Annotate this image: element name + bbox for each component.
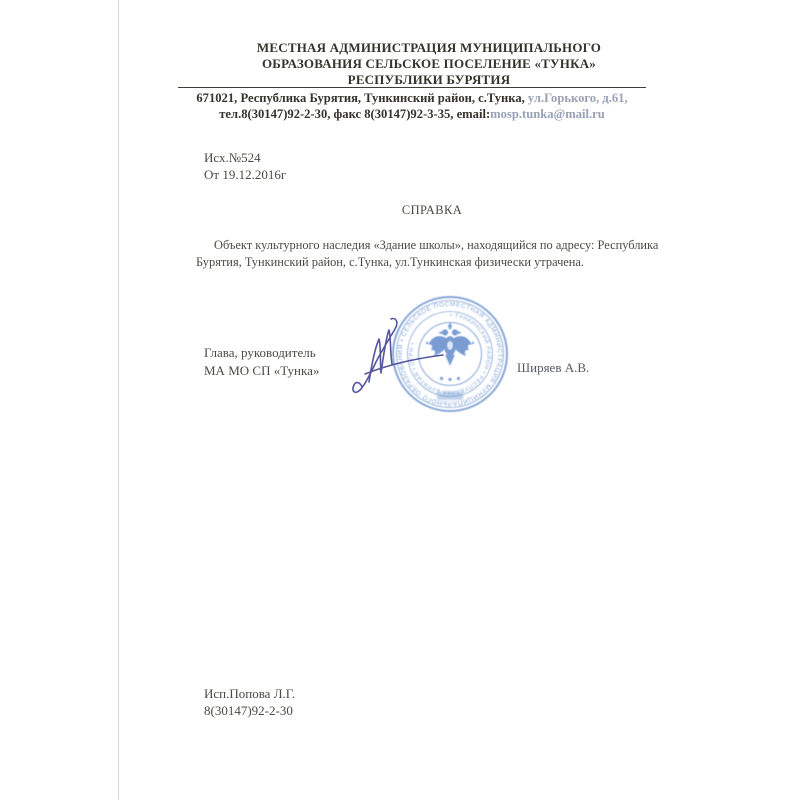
seal-outer-ring — [393, 297, 507, 411]
body-paragraph: Объект культурного наследия «Здание школ… — [196, 237, 658, 270]
double-headed-eagle-icon — [426, 322, 474, 365]
org-header: МЕСТНАЯ АДМИНИСТРАЦИЯ МУНИЦИПАЛЬНОГО ОБР… — [196, 40, 662, 88]
org-name-line3: РЕСПУБЛИКИ БУРЯТИЯ — [196, 72, 662, 88]
executor-phone: 8(30147)92-2-30 — [204, 703, 295, 720]
seal-inner-ring-text: • ТУНКИНСКИЙ РАЙОН • РЕСПУБЛИКА БУРЯТИЯ … — [409, 313, 493, 395]
header-underline — [178, 87, 646, 88]
outgoing-date: От 19.12.2016г — [204, 166, 286, 183]
address-line1-faded: ул.Горького, д.61, — [525, 91, 628, 105]
document-title: СПРАВКА — [206, 203, 658, 218]
address-line1-main: 671021, Республика Бурятия, Тункинский р… — [196, 91, 524, 105]
org-address: 671021, Республика Бурятия, Тункинский р… — [178, 90, 646, 122]
scan-edge-line — [118, 0, 119, 800]
org-address-line2: тел.8(30147)92-2-30, факс 8(30147)92-3-3… — [178, 106, 646, 122]
seal-middle-ring — [408, 312, 493, 397]
handwritten-signature — [353, 319, 443, 393]
address-line2-faded: mosp.tunka@mail.ru — [490, 107, 605, 121]
signatory-post-line1: Глава, руководитель — [204, 344, 319, 362]
body-line1: Объект культурного наследия «Здание школ… — [196, 237, 658, 254]
executor-name: Исп.Попова Л.Г. — [204, 686, 295, 703]
org-address-line1: 671021, Республика Бурятия, Тункинский р… — [178, 90, 646, 106]
body-line2: Бурятия, Тункинский район, с.Тунка, ул.Т… — [196, 254, 658, 271]
scanned-document-page: { "document": { "header": { "org_line1":… — [0, 0, 800, 800]
outgoing-number: Исх.№524 — [204, 149, 286, 166]
signatory-post: Глава, руководитель МА МО СП «Тунка» — [204, 344, 319, 379]
seal-bottom-marks — [437, 376, 463, 400]
signatory-post-line2: МА МО СП «Тунка» — [204, 362, 319, 380]
seal-blurred-text-block — [437, 392, 463, 400]
outgoing-ref-block: Исх.№524 От 19.12.2016г — [204, 149, 286, 183]
seal-inner-ring — [419, 323, 482, 386]
seal-outer-ring-inner-line — [397, 301, 504, 408]
signatory-name: Ширяев А.В. — [517, 360, 589, 376]
org-name-line2: ОБРАЗОВАНИЯ СЕЛЬСКОЕ ПОСЕЛЕНИЕ «ТУНКА» — [196, 56, 662, 72]
org-name-line1: МЕСТНАЯ АДМИНИСТРАЦИЯ МУНИЦИПАЛЬНОГО — [196, 40, 662, 56]
address-line2-main: тел.8(30147)92-2-30, факс 8(30147)92-3-3… — [219, 107, 490, 121]
executor-block: Исп.Попова Л.Г. 8(30147)92-2-30 — [204, 686, 295, 719]
